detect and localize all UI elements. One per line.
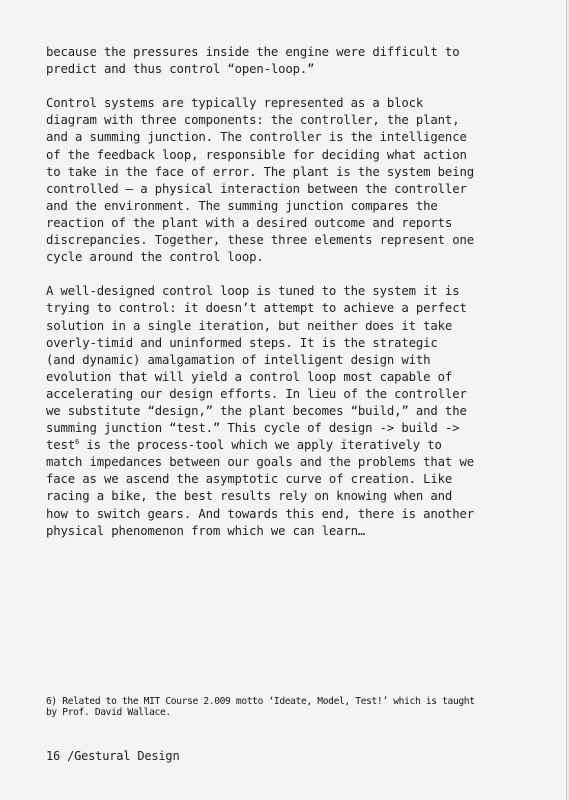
paragraph-3-part-2: is the process-tool which we apply itera… [46, 438, 474, 537]
document-page: because the pressures inside the engine … [0, 0, 567, 800]
page-folio: 16 /Gestural Design [46, 748, 179, 764]
paragraph-3: A well-designed control loop is tuned to… [46, 283, 526, 539]
body-text: because the pressures inside the engine … [46, 44, 526, 557]
paragraph-2: Control systems are typically represente… [46, 95, 526, 266]
paragraph-3-part-1: A well-designed control loop is tuned to… [46, 284, 467, 452]
footnote: 6) Related to the MIT Course 2.009 motto… [46, 697, 526, 718]
paragraph-1: because the pressures inside the engine … [46, 44, 526, 78]
